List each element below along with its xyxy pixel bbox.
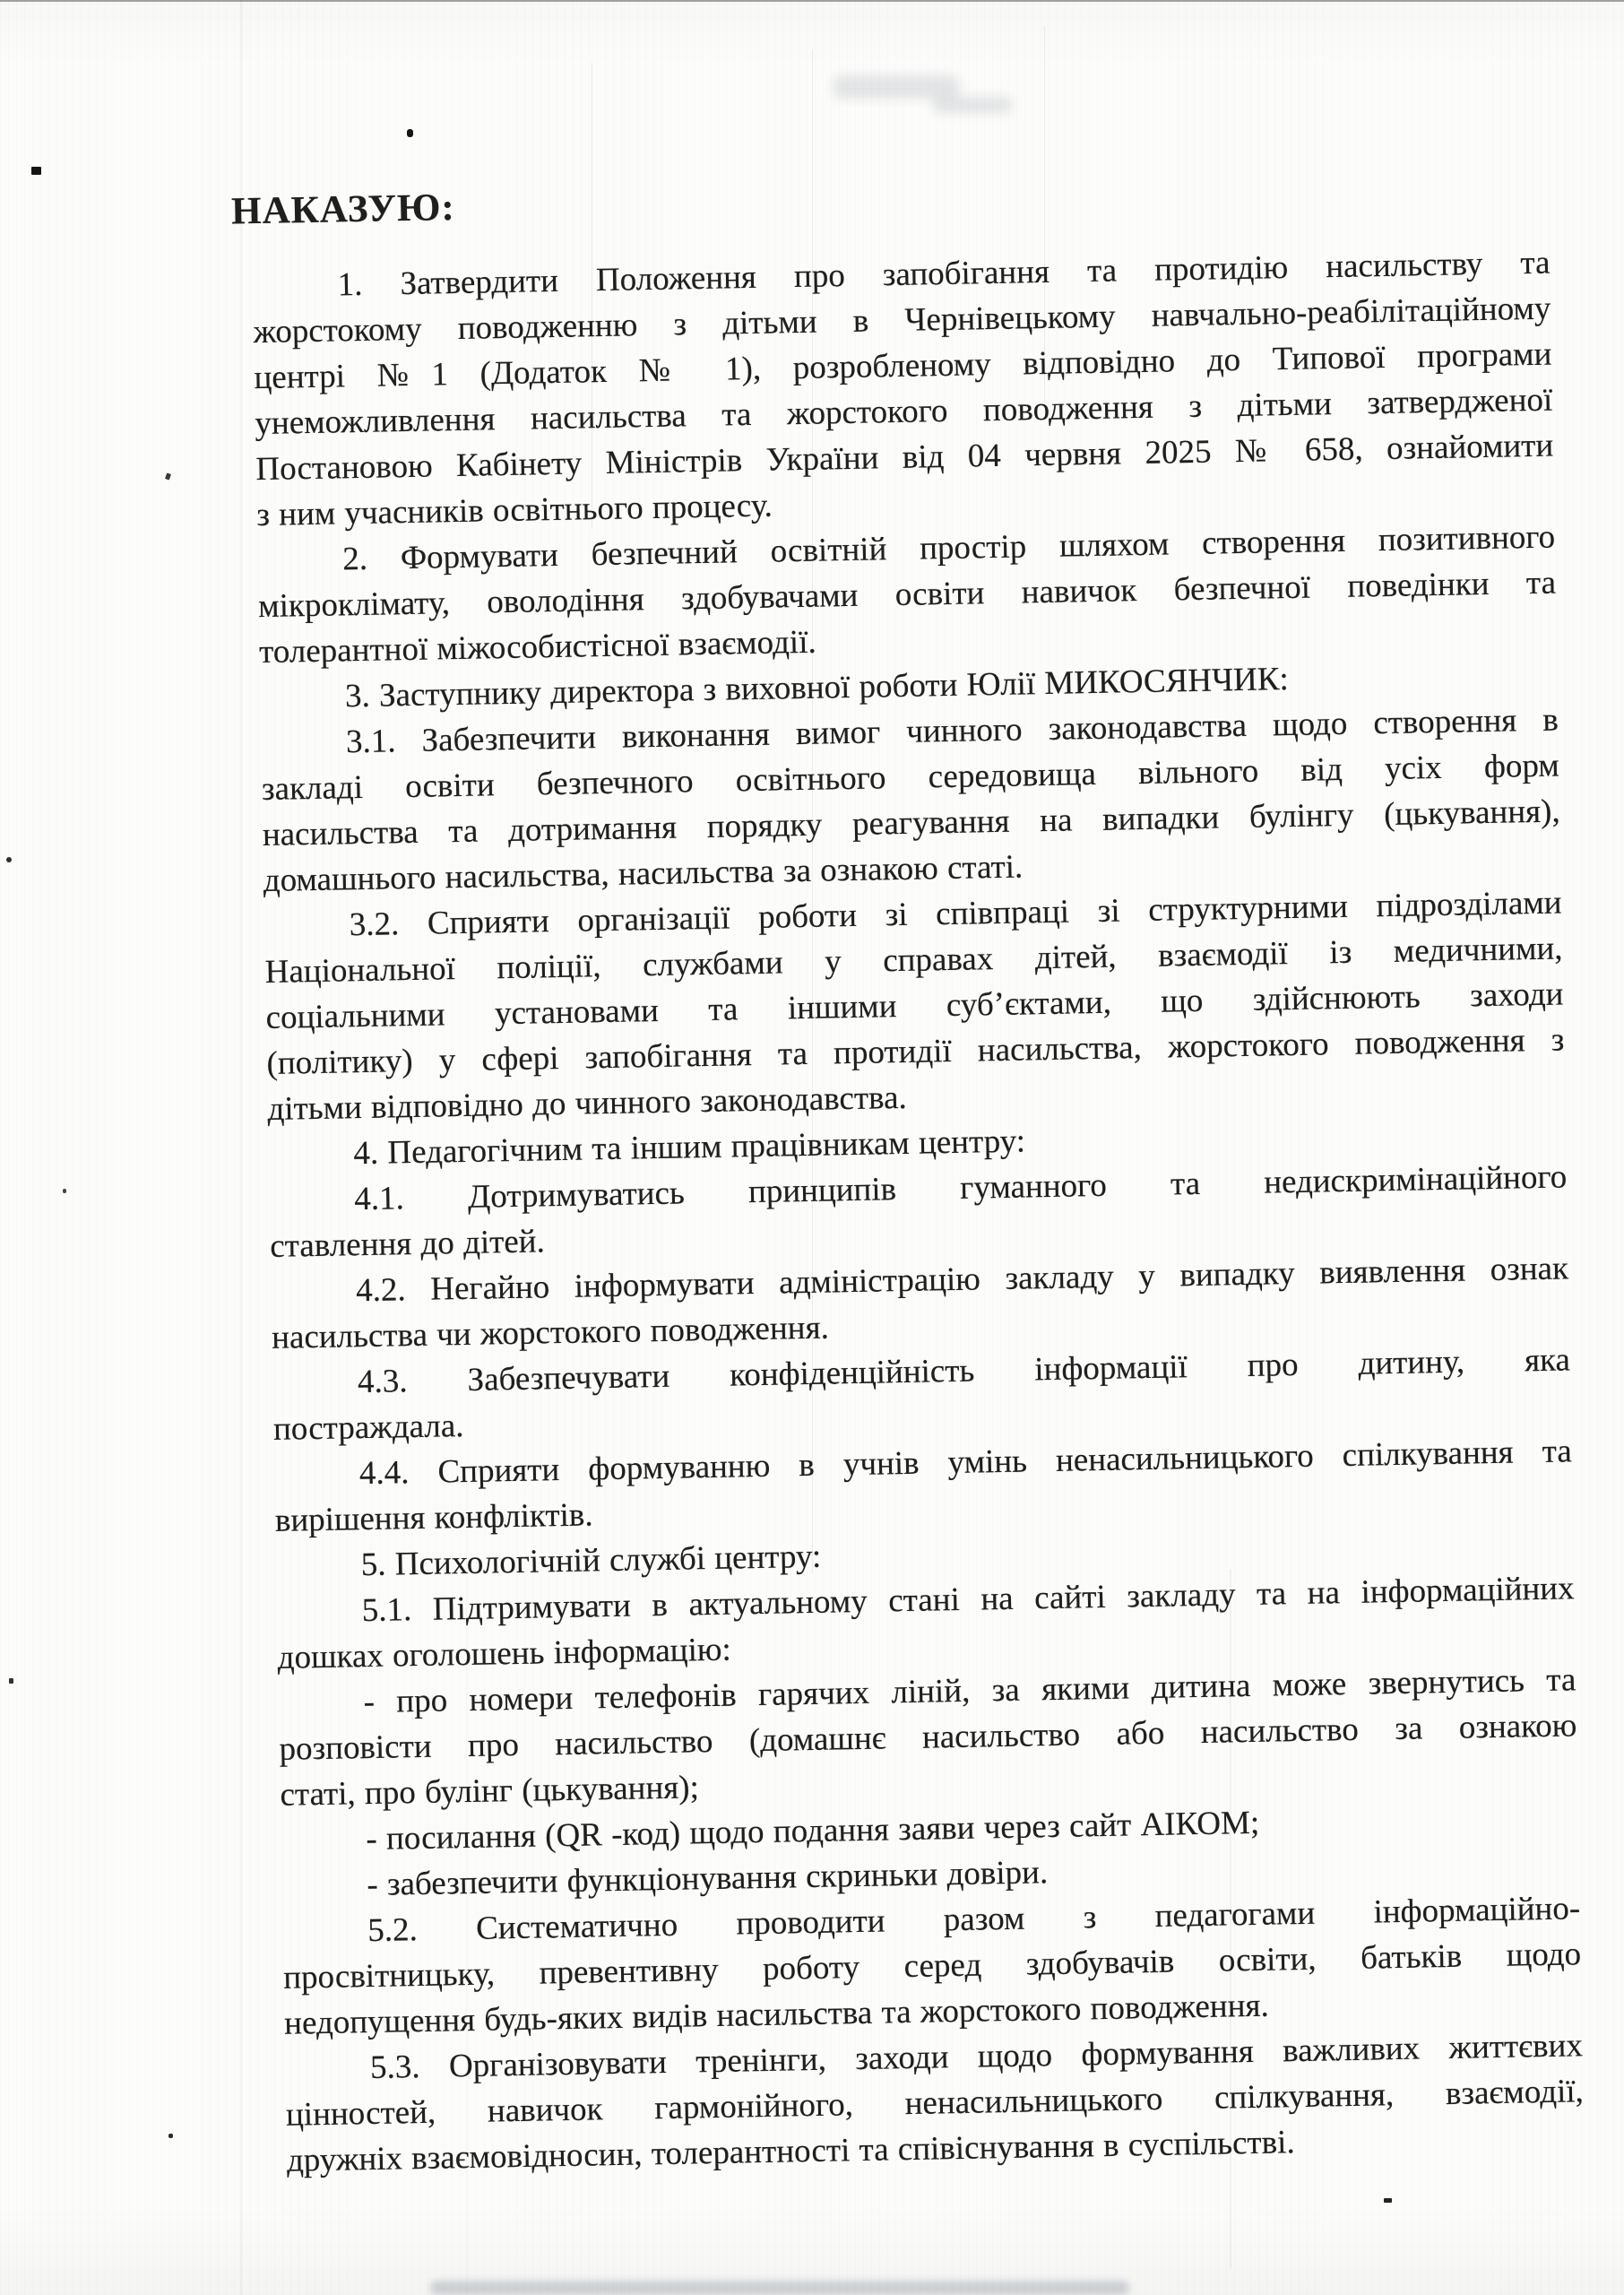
paragraph: 5.2. Систематично проводити разом з педа…: [282, 1885, 1583, 2047]
ink-bleed-smudge: [932, 97, 1013, 113]
ink-speck: [165, 472, 171, 480]
ink-speck: [168, 2134, 173, 2138]
ink-speck: [63, 1189, 66, 1193]
paragraph: - про номери телефонів гарячих ліній, за…: [278, 1657, 1578, 1818]
scan-streak: [240, 0, 242, 2295]
ink-speck: [1384, 2198, 1392, 2203]
scan-edge-line: [0, 0, 1624, 2]
ink-bleed-smudge: [834, 75, 959, 99]
paragraph-list: 1. Затвердити Положення про запобігання …: [252, 240, 1585, 2184]
paragraph: 1. Затвердити Положення про запобігання …: [252, 240, 1554, 538]
document-body: НАКАЗУЮ: 1. Затвердити Положення про зап…: [251, 167, 1585, 2184]
paragraph: 2. Формувати безпечний освітній простір …: [257, 515, 1558, 676]
ink-speck: [6, 857, 12, 862]
paragraph: 3.2. Сприяти організації роботи зі співп…: [263, 879, 1565, 1131]
paragraph: 3.1. Забезпечити виконання вимог чинного…: [261, 697, 1561, 905]
ink-speck: [9, 1678, 13, 1684]
paragraph: 5.3. Організовувати тренінги, заходи щод…: [285, 2022, 1585, 2184]
ink-bleed-smudge: [430, 2281, 1129, 2295]
ink-speck: [31, 167, 41, 175]
ink-speck: [407, 129, 413, 137]
document-page: НАКАЗУЮ: 1. Затвердити Положення про зап…: [0, 0, 1624, 2295]
document-heading: НАКАЗУЮ:: [231, 167, 1550, 234]
